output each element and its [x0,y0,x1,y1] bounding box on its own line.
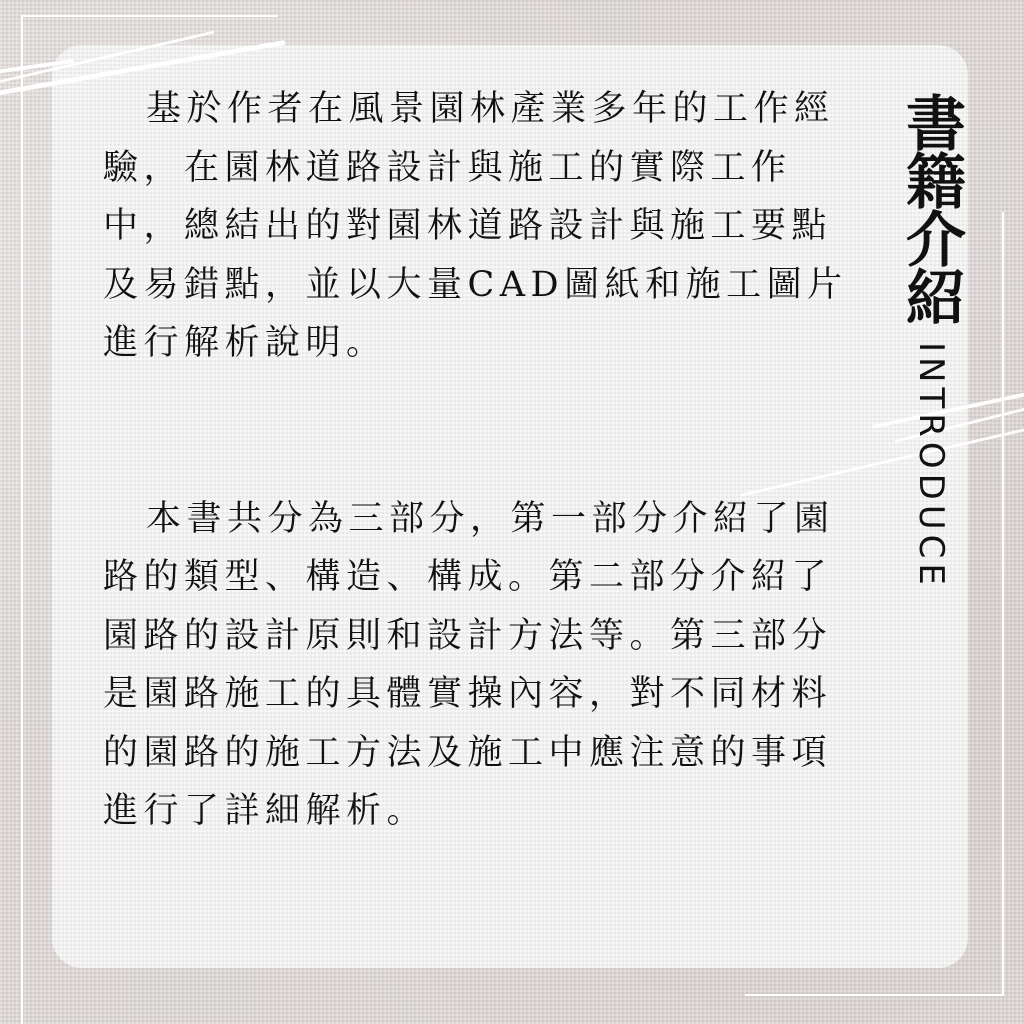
text-line: 園路的設計原則和設計方法等。第三部分 [103,607,873,666]
text-line: 進行解析說明。 [103,314,873,373]
text-line: 驗，在園林道路設計與施工的實際工作 [103,139,873,198]
text-line: 進行了詳細解析。 [103,782,873,841]
frame-line-bottom-right-vertical [1002,212,1004,996]
title-chinese: 書籍介紹 [899,92,963,324]
text-line: 路的類型、構造、構成。第二部分介紹了 [103,548,873,607]
text-line: 本書共分為三部分，第一部分介紹了園 [103,490,873,549]
paragraph-spacer [103,373,873,490]
text-line: 是園路施工的具體實操內容，對不同材料 [103,665,873,724]
text-line: 的園路的施工方法及施工中應注意的事項 [103,724,873,783]
title-english: INTRODUCE [911,342,951,590]
text-line: 中，總結出的對園林道路設計與施工要點 [103,197,873,256]
text-line: 基於作者在風景園林產業多年的工作經 [103,80,873,139]
frame-line-top-left-horizontal [22,15,278,17]
vertical-title: 書籍介紹 INTRODUCE [898,92,964,590]
frame-line-top-left-vertical [21,15,23,1024]
introduction-body: 基於作者在風景園林產業多年的工作經 驗，在園林道路設計與施工的實際工作 中，總結… [103,80,873,841]
paragraph-1: 基於作者在風景園林產業多年的工作經 驗，在園林道路設計與施工的實際工作 中，總結… [103,80,873,373]
text-line: 及易錯點，並以大量CAD圖紙和施工圖片 [103,256,873,315]
frame-line-bottom-right-horizontal [745,994,1004,996]
paragraph-2: 本書共分為三部分，第一部分介紹了園 路的類型、構造、構成。第二部分介紹了 園路的… [103,490,873,841]
